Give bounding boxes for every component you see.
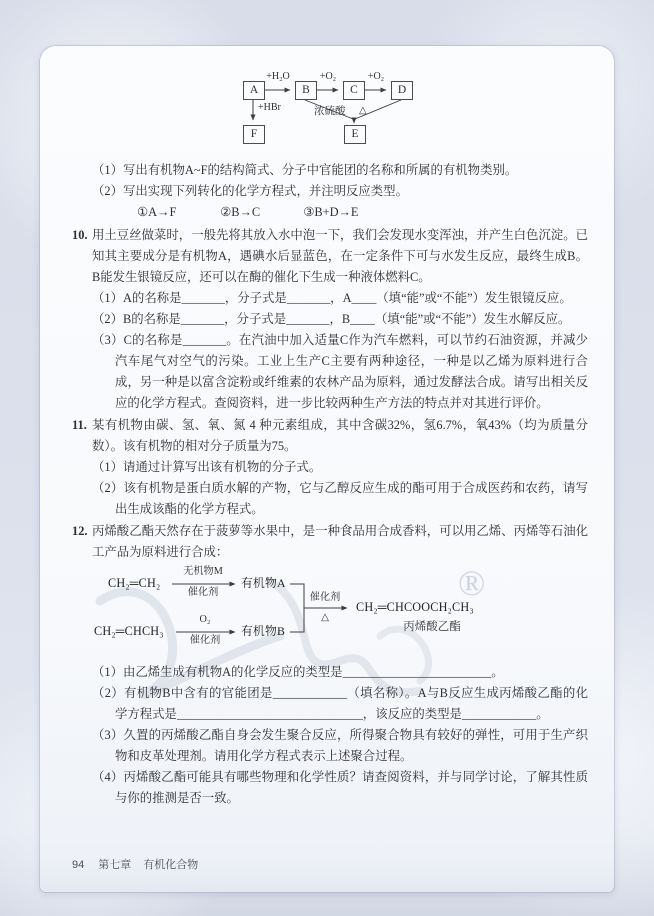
q11-item-1: （1）请通过计算写出该有机物的分子式。	[92, 457, 588, 478]
q12-item-1: （1）由乙烯生成有机物A的化学反应的类型是___________________…	[92, 662, 588, 683]
compound-box-e: E	[344, 125, 366, 144]
q12-item-2: （2）有机物B中含有的官能团是____________（填名称）。A与B反应生成…	[92, 683, 588, 725]
question-12-items: （1）由乙烯生成有机物A的化学反应的类型是___________________…	[72, 662, 588, 809]
arrow-label-hbr: +HBr	[258, 102, 281, 114]
chapter-label: 第七章	[98, 859, 131, 871]
q10-item-2: （2）B的名称是_______，分子式是_______，B____（填“能”或“…	[92, 309, 588, 330]
transformation-3: ③B+D→E	[303, 202, 383, 223]
ethyl-acrylate-name: 丙烯酸乙酯	[372, 621, 492, 633]
question-12: 12. 丙烯酸乙酯天然存在于菠萝等水果中，是一种食品用合成香料，可以用乙烯、丙烯…	[72, 521, 588, 563]
arrow2-catalyst-label: 催化剂	[176, 635, 234, 647]
q10-item-1: （1）A的名称是_______，分子式是_______，A____（填“能”或“…	[92, 288, 588, 309]
page-content: A B C D E F +H₂O +O₂ +O₂ +HBr 浓硫酸 △ （1）写…	[72, 68, 588, 809]
question-10: 10. 用土豆丝做菜时，一般先将其放入水中泡一下，我们会发现水变浑浊，并产生白色…	[72, 225, 588, 414]
chapter-title: 有机化合物	[143, 859, 198, 871]
q11-item-2: （2）该有机物是蛋白质水解的产物，它与乙醇反应生成的酯可用于合成医药和农药，请写…	[92, 478, 588, 520]
compound-box-d: D	[391, 81, 413, 100]
organic-a-label: 有机物A	[241, 576, 286, 591]
transformation-1: ①A→F	[137, 202, 217, 223]
question-11: 11. 某有机物由碳、氢、氧、氮 4 种元素组成，其中含碳32%，氢6.7%，氧…	[72, 415, 588, 520]
q9-item-1: （1）写出有机物A~F的结构简式、分子中官能团的名称和所属的有机物类别。	[92, 160, 588, 181]
compound-box-f: F	[243, 125, 265, 144]
q9-conversion-diagram: A B C D E F +H₂O +O₂ +O₂ +HBr 浓硫酸 △	[222, 72, 482, 148]
compound-box-c: C	[343, 81, 365, 100]
question-9-items: （1）写出有机物A~F的结构简式、分子中官能团的名称和所属的有机物类别。 （2）…	[72, 160, 588, 223]
screenshot-root: { "page": { "background_color": "#dde1ec…	[0, 0, 654, 916]
mid-arrow-catalyst-label: 催化剂	[302, 592, 348, 604]
page-footer: 94第七章有机化合物	[72, 856, 198, 872]
condition-label-heat: △	[359, 105, 367, 117]
q9-transformations: ①A→F ②B→C ③B+D→E	[92, 202, 588, 223]
arrow1-reagent-label: 无机物M	[172, 566, 234, 578]
arrow-label-o2-1: +O₂	[316, 71, 340, 83]
arrow1-catalyst-label: 催化剂	[172, 587, 234, 599]
arrow2-reagent-label: O₂	[176, 614, 234, 626]
compound-box-a: A	[243, 81, 265, 100]
reagent-label-sulfuric-acid: 浓硫酸	[314, 106, 346, 118]
q9-item-2: （2）写出实现下列转化的化学方程式，并注明反应类型。	[92, 181, 588, 202]
q12-item-4: （4）丙烯酸乙酯可能具有哪些物理和化学性质？请查阅资料，并与同学讨论，了解其性质…	[92, 767, 588, 809]
q12-synthesis-scheme: CH₂═CH₂ 无机物M 催化剂 有机物A CH₂═CHCH₃ O₂ 催化剂 有…	[72, 568, 542, 656]
mid-arrow-heat-label: △	[302, 612, 348, 624]
q12-item-3: （3）久置的丙烯酸乙酯自身会发生聚合反应，所得聚合物具有较好的弹性，可用于生产织…	[92, 725, 588, 767]
question-11-number: 11.	[72, 415, 87, 436]
q10-item-3: （3）C的名称是_______。在汽油中加入适量C作为汽车燃料，可以节约石油资源…	[92, 330, 588, 414]
ethyl-acrylate-formula: CH₂═CHCOOCH₂CH₃	[356, 600, 474, 615]
question-10-number: 10.	[72, 225, 88, 246]
transformation-2: ②B→C	[220, 202, 300, 223]
ethylene-formula: CH₂═CH₂	[108, 576, 160, 591]
textbook-page: ® A B C D E F	[40, 46, 614, 892]
question-10-stem: 用土豆丝做菜时，一般先将其放入水中泡一下，我们会发现水变浑浊，并产生白色沉淀。已…	[92, 225, 588, 288]
arrow-label-h2o: +H₂O	[262, 71, 294, 83]
arrow-label-o2-2: +O₂	[364, 71, 388, 83]
question-12-stem: 丙烯酸乙酯天然存在于菠萝等水果中，是一种食品用合成香料，可以用乙烯、丙烯等石油化…	[92, 521, 588, 563]
question-11-stem: 某有机物由碳、氢、氧、氮 4 种元素组成，其中含碳32%，氢6.7%，氧43%（…	[92, 415, 588, 457]
question-12-number: 12.	[72, 521, 88, 542]
organic-b-label: 有机物B	[241, 624, 285, 639]
compound-box-b: B	[295, 81, 317, 100]
page-number: 94	[72, 859, 84, 871]
propylene-formula: CH₂═CHCH₃	[94, 624, 164, 639]
